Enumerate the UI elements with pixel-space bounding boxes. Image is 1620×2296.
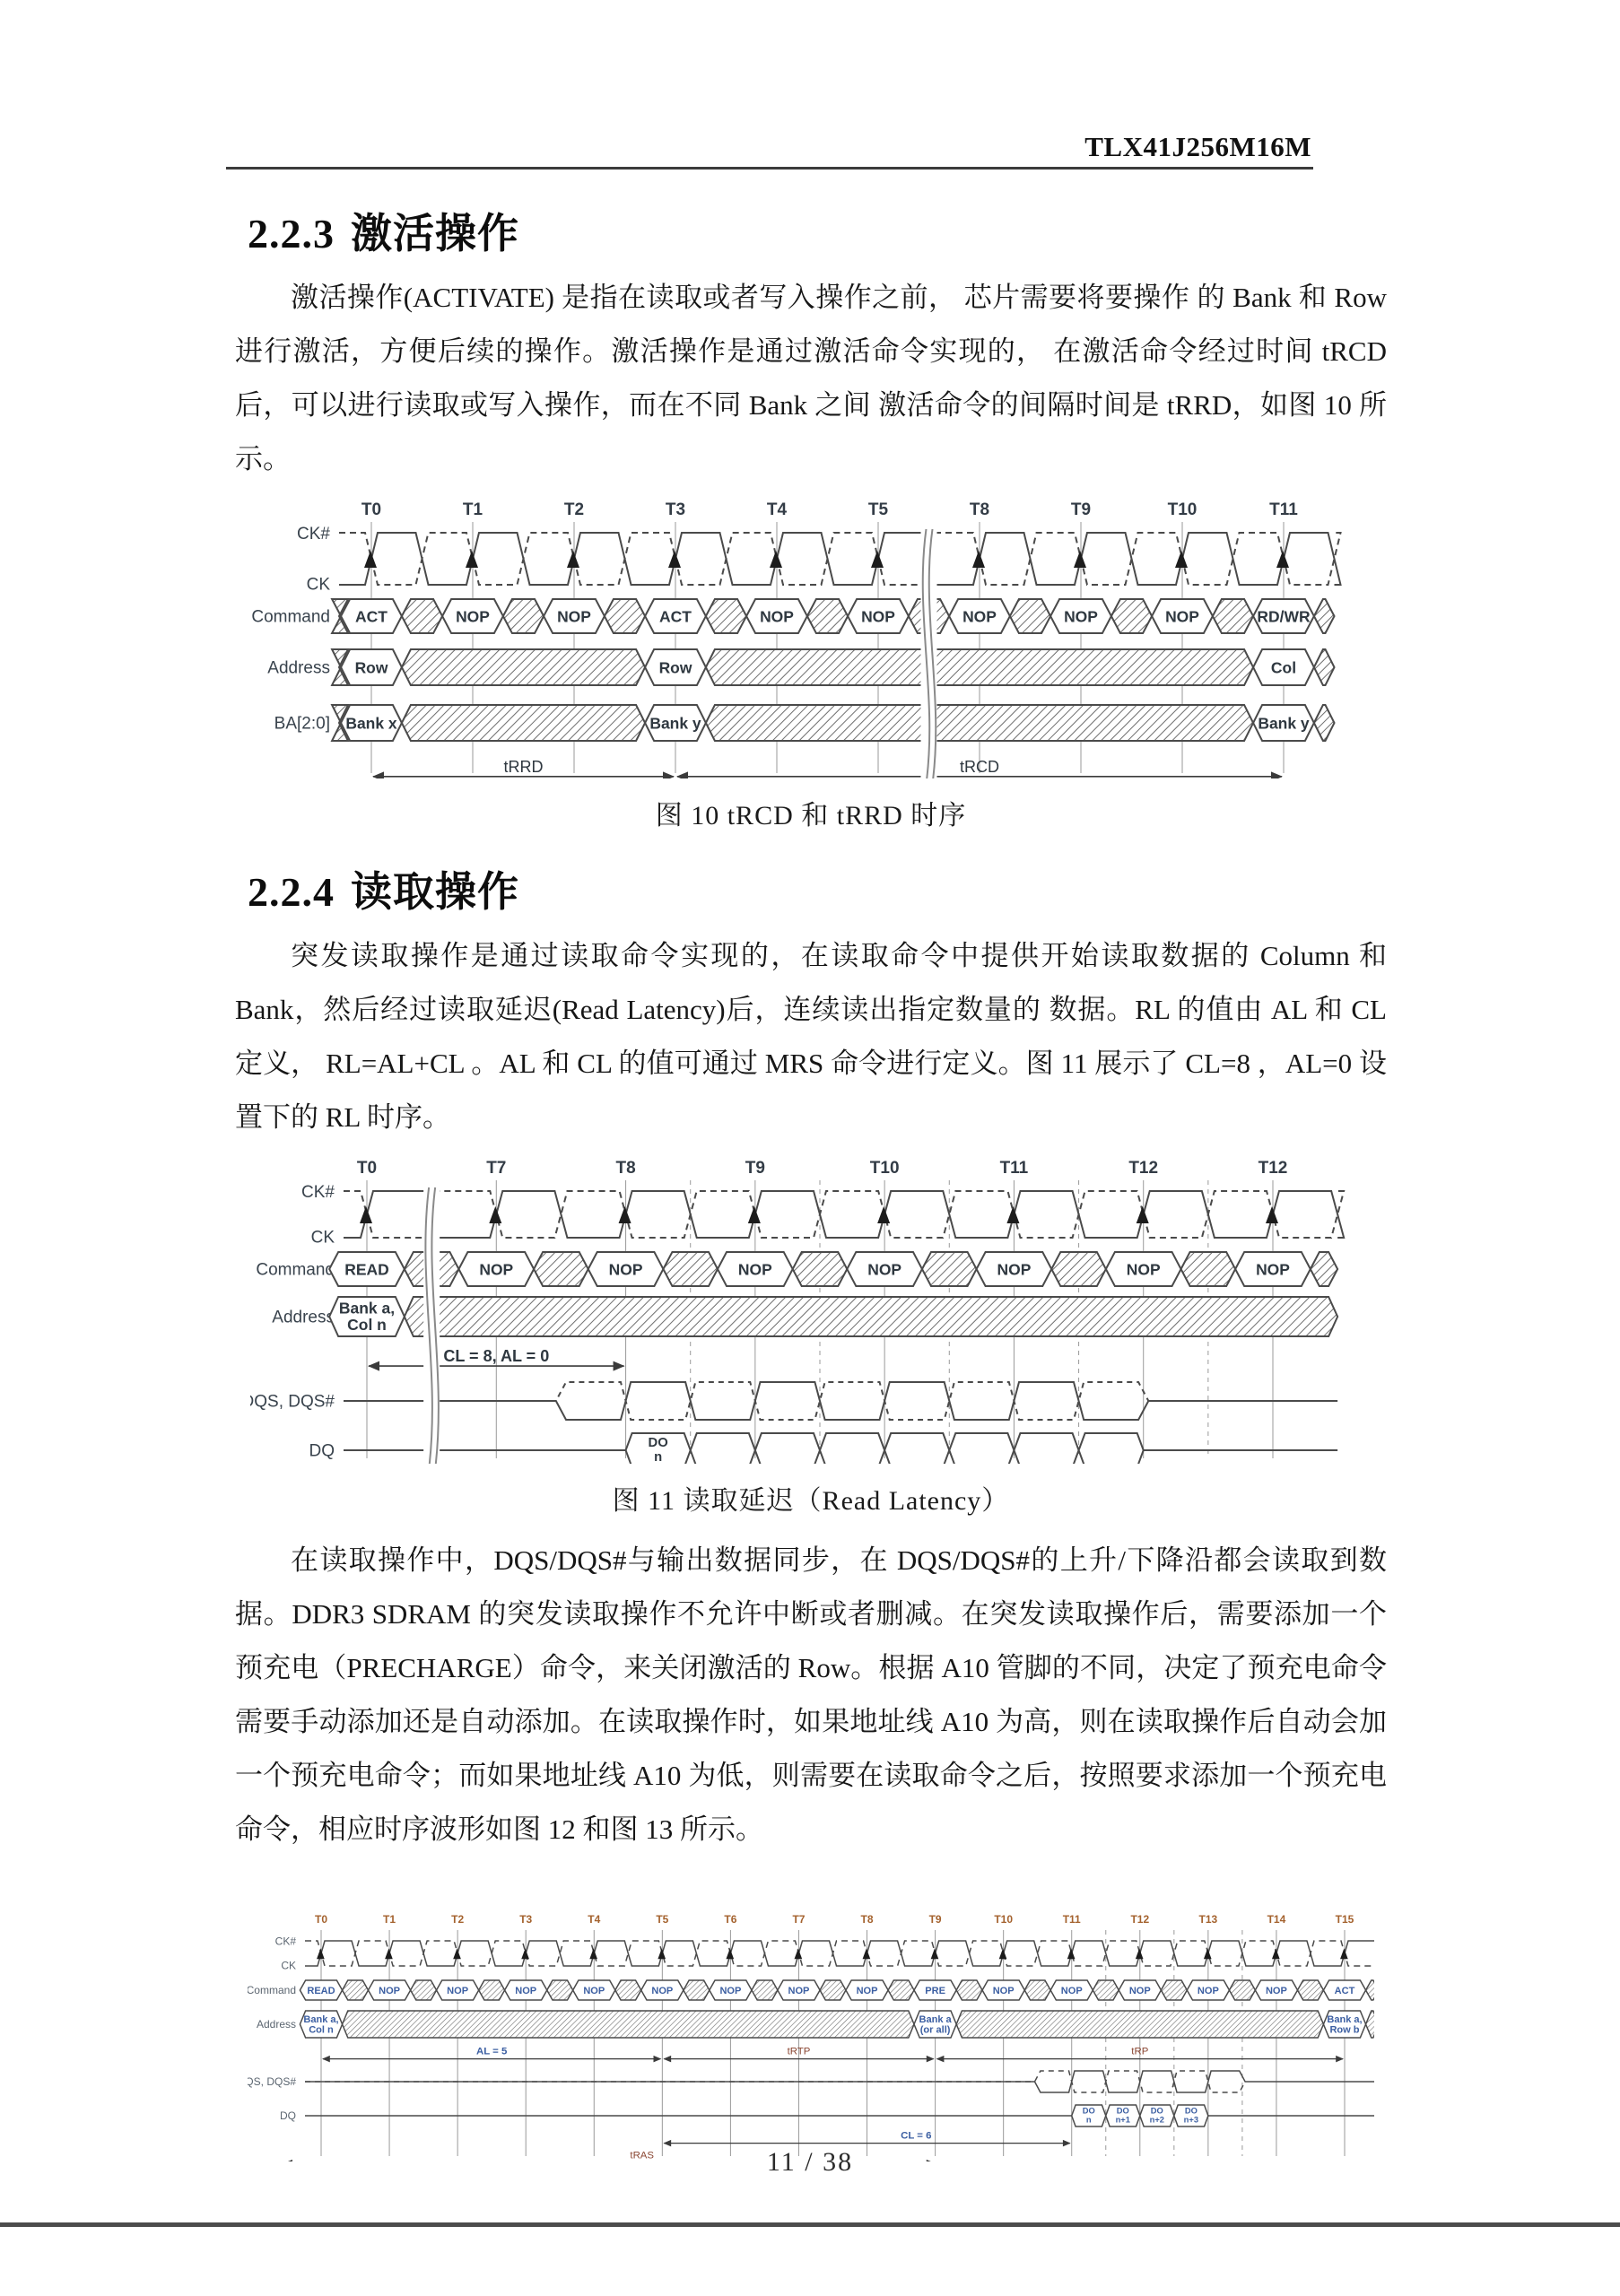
svg-text:Col: Col: [1271, 658, 1296, 676]
figure-10-block: T0T1T2T3T4T5T8T9T10T11CK#CKCommandACTNOP…: [235, 499, 1387, 832]
section-title: 激活操作: [351, 210, 519, 257]
svg-text:Bank a,Row b: Bank a,Row b: [1327, 2014, 1362, 2036]
svg-text:NOP: NOP: [1165, 607, 1199, 625]
svg-text:T5: T5: [868, 500, 889, 519]
svg-text:ACT: ACT: [1335, 1986, 1355, 1996]
svg-text:T8: T8: [861, 1914, 874, 1926]
svg-text:DOn+3: DOn+3: [1184, 2107, 1198, 2125]
figure-11-block: T0T7T8T9T10T11T12T12CK#CKCommandREADNOPN…: [235, 1157, 1387, 1518]
svg-text:T0: T0: [357, 1159, 377, 1178]
svg-text:T12: T12: [1130, 1914, 1149, 1926]
svg-text:tRP: tRP: [1131, 2047, 1148, 2057]
svg-text:NOP: NOP: [857, 1986, 878, 1996]
svg-text:NOP: NOP: [738, 1260, 772, 1278]
svg-text:DQ: DQ: [309, 1441, 335, 1460]
svg-text:T2: T2: [451, 1914, 464, 1926]
datasheet-page: TLX41J256M16M 2.2.3激活操作 激活操作(ACTIVATE) 是…: [0, 0, 1620, 2296]
svg-text:DQS, DQS#: DQS, DQS#: [248, 2075, 296, 2088]
svg-text:AL = 5: AL = 5: [476, 2047, 508, 2057]
svg-text:T12: T12: [1259, 1159, 1288, 1178]
svg-text:T11: T11: [1063, 1914, 1081, 1926]
figure-11-timing-diagram: T0T7T8T9T10T11T12T12CK#CKCommandREADNOPN…: [250, 1157, 1372, 1464]
svg-text:Bank y: Bank y: [649, 714, 701, 732]
svg-text:NOP: NOP: [557, 607, 591, 625]
figure-12-timing-diagram: T0T1T2T3T4T5T6T7T8T9T10T11T12T13T14T15CK…: [248, 1914, 1374, 2161]
svg-text:T9: T9: [1071, 500, 1091, 519]
svg-text:T14: T14: [1267, 1914, 1286, 1926]
section-title: 读取操作: [351, 868, 519, 915]
svg-text:CK: CK: [311, 1229, 335, 1248]
svg-text:T7: T7: [486, 1159, 506, 1178]
svg-text:T5: T5: [656, 1914, 668, 1926]
svg-text:NOP: NOP: [1129, 1986, 1151, 1996]
svg-text:T9: T9: [929, 1914, 942, 1926]
paragraph-read-detail: 在读取操作中，DQS/DQS#与输出数据同步，在 DQS/DQS#的上升/下降沿…: [235, 1534, 1387, 1857]
svg-text:tRCD: tRCD: [960, 758, 999, 776]
content-column: 2.2.3激活操作 激活操作(ACTIVATE) 是指在读取或者写入操作之前， …: [235, 179, 1387, 2161]
svg-text:NOP: NOP: [1198, 1986, 1219, 1996]
svg-text:Command: Command: [251, 607, 330, 626]
svg-text:READ: READ: [307, 1986, 335, 1996]
svg-text:Address: Address: [257, 2018, 296, 2031]
svg-text:NOP: NOP: [515, 1986, 536, 1996]
svg-text:Bank a,Col n: Bank a,Col n: [339, 1300, 395, 1334]
svg-text:CK#: CK#: [275, 1935, 297, 1948]
svg-text:Row: Row: [659, 658, 692, 676]
svg-text:tRRD: tRRD: [503, 758, 543, 776]
svg-text:T9: T9: [745, 1159, 765, 1178]
svg-text:Bank a,Col n: Bank a,Col n: [303, 2014, 338, 2036]
section-number: 2.2.3: [248, 211, 335, 257]
svg-text:T4: T4: [767, 500, 788, 519]
svg-text:T1: T1: [463, 500, 483, 519]
svg-text:DOn+1: DOn+1: [1116, 2107, 1130, 2125]
svg-text:CK#: CK#: [297, 525, 330, 544]
svg-text:T4: T4: [588, 1914, 600, 1926]
page-header-title: TLX41J256M16M: [226, 131, 1311, 163]
svg-text:Command: Command: [248, 1984, 296, 1996]
svg-text:CK: CK: [307, 576, 331, 595]
svg-text:NOP: NOP: [1127, 1260, 1161, 1278]
svg-text:T0: T0: [315, 1914, 327, 1926]
svg-text:Bank x: Bank x: [345, 714, 397, 732]
svg-text:T7: T7: [792, 1914, 805, 1926]
svg-text:ACT: ACT: [659, 607, 692, 625]
svg-text:T3: T3: [519, 1914, 532, 1926]
svg-text:T10: T10: [870, 1159, 900, 1178]
svg-text:Address: Address: [272, 1308, 335, 1326]
svg-text:NOP: NOP: [867, 1260, 901, 1278]
svg-text:T8: T8: [970, 500, 989, 519]
svg-text:NOP: NOP: [447, 1986, 468, 1996]
svg-text:CL = 8, AL = 0: CL = 8, AL = 0: [443, 1347, 549, 1365]
svg-text:T12: T12: [1128, 1159, 1158, 1178]
svg-text:NOP: NOP: [1064, 607, 1098, 625]
svg-text:NOP: NOP: [651, 1986, 673, 1996]
svg-text:CK#: CK#: [301, 1183, 335, 1202]
svg-text:Bank y: Bank y: [1258, 714, 1310, 732]
svg-text:Row: Row: [355, 658, 388, 676]
figure-10-timing-diagram: T0T1T2T3T4T5T8T9T10T11CK#CKCommandACTNOP…: [250, 499, 1372, 778]
section-heading-activate: 2.2.3激活操作: [248, 201, 1387, 260]
svg-text:BA[2:0]: BA[2:0]: [274, 714, 330, 733]
section-number: 2.2.4: [248, 869, 335, 915]
svg-text:T8: T8: [615, 1159, 635, 1178]
svg-text:NOP: NOP: [719, 1986, 741, 1996]
svg-text:READ: READ: [344, 1260, 389, 1278]
page-number: 11 / 38: [0, 2147, 1620, 2178]
svg-text:ACT: ACT: [355, 607, 388, 625]
svg-text:Command: Command: [256, 1260, 335, 1279]
svg-text:T6: T6: [724, 1914, 736, 1926]
svg-text:T2: T2: [564, 500, 584, 519]
svg-text:T10: T10: [1168, 500, 1198, 519]
svg-text:T11: T11: [1269, 500, 1298, 519]
svg-text:T10: T10: [994, 1914, 1013, 1926]
svg-text:NOP: NOP: [479, 1260, 513, 1278]
svg-text:T3: T3: [666, 500, 685, 519]
svg-text:NOP: NOP: [788, 1986, 810, 1996]
svg-text:T13: T13: [1199, 1914, 1218, 1926]
figure-11-caption: 图 11 读取延迟（Read Latency）: [235, 1478, 1387, 1518]
svg-text:T0: T0: [361, 500, 381, 519]
svg-text:DQS, DQS#: DQS, DQS#: [250, 1392, 335, 1411]
svg-text:tRTP: tRTP: [788, 2047, 811, 2057]
svg-text:DOn+2: DOn+2: [1150, 2107, 1164, 2125]
svg-text:NOP: NOP: [379, 1986, 400, 1996]
figure-10-caption: 图 10 tRCD 和 tRRD 时序: [235, 793, 1387, 832]
svg-text:RD/WR: RD/WR: [1257, 607, 1311, 625]
svg-text:T11: T11: [1000, 1159, 1029, 1178]
bottom-rule: [0, 2222, 1620, 2227]
svg-text:DQ: DQ: [280, 2109, 296, 2122]
paragraph-activate: 激活操作(ACTIVATE) 是指在读取或者写入操作之前， 芯片需要将要操作 的…: [235, 271, 1387, 486]
section-heading-read: 2.2.4读取操作: [248, 859, 1387, 918]
svg-text:CK: CK: [281, 1960, 296, 1972]
svg-text:NOP: NOP: [1266, 1986, 1287, 1996]
svg-text:Address: Address: [267, 658, 330, 677]
svg-text:T15: T15: [1336, 1914, 1354, 1926]
svg-text:PRE: PRE: [925, 1986, 945, 1996]
svg-text:NOP: NOP: [962, 607, 997, 625]
svg-text:NOP: NOP: [760, 607, 794, 625]
svg-text:NOP: NOP: [583, 1986, 605, 1996]
svg-text:CL = 6: CL = 6: [901, 2131, 931, 2142]
paragraph-read: 突发读取操作是通过读取命令实现的，在读取命令中提供开始读取数据的 Column …: [235, 929, 1387, 1144]
header-rule: [226, 167, 1313, 170]
svg-text:Bank a(or all): Bank a(or all): [919, 2014, 953, 2036]
svg-text:NOP: NOP: [861, 607, 895, 625]
svg-text:NOP: NOP: [997, 1260, 1031, 1278]
svg-text:NOP: NOP: [456, 607, 490, 625]
svg-text:NOP: NOP: [993, 1986, 1015, 1996]
svg-text:NOP: NOP: [1256, 1260, 1290, 1278]
svg-text:NOP: NOP: [1061, 1986, 1083, 1996]
svg-text:NOP: NOP: [609, 1260, 643, 1278]
svg-text:T1: T1: [383, 1914, 396, 1926]
